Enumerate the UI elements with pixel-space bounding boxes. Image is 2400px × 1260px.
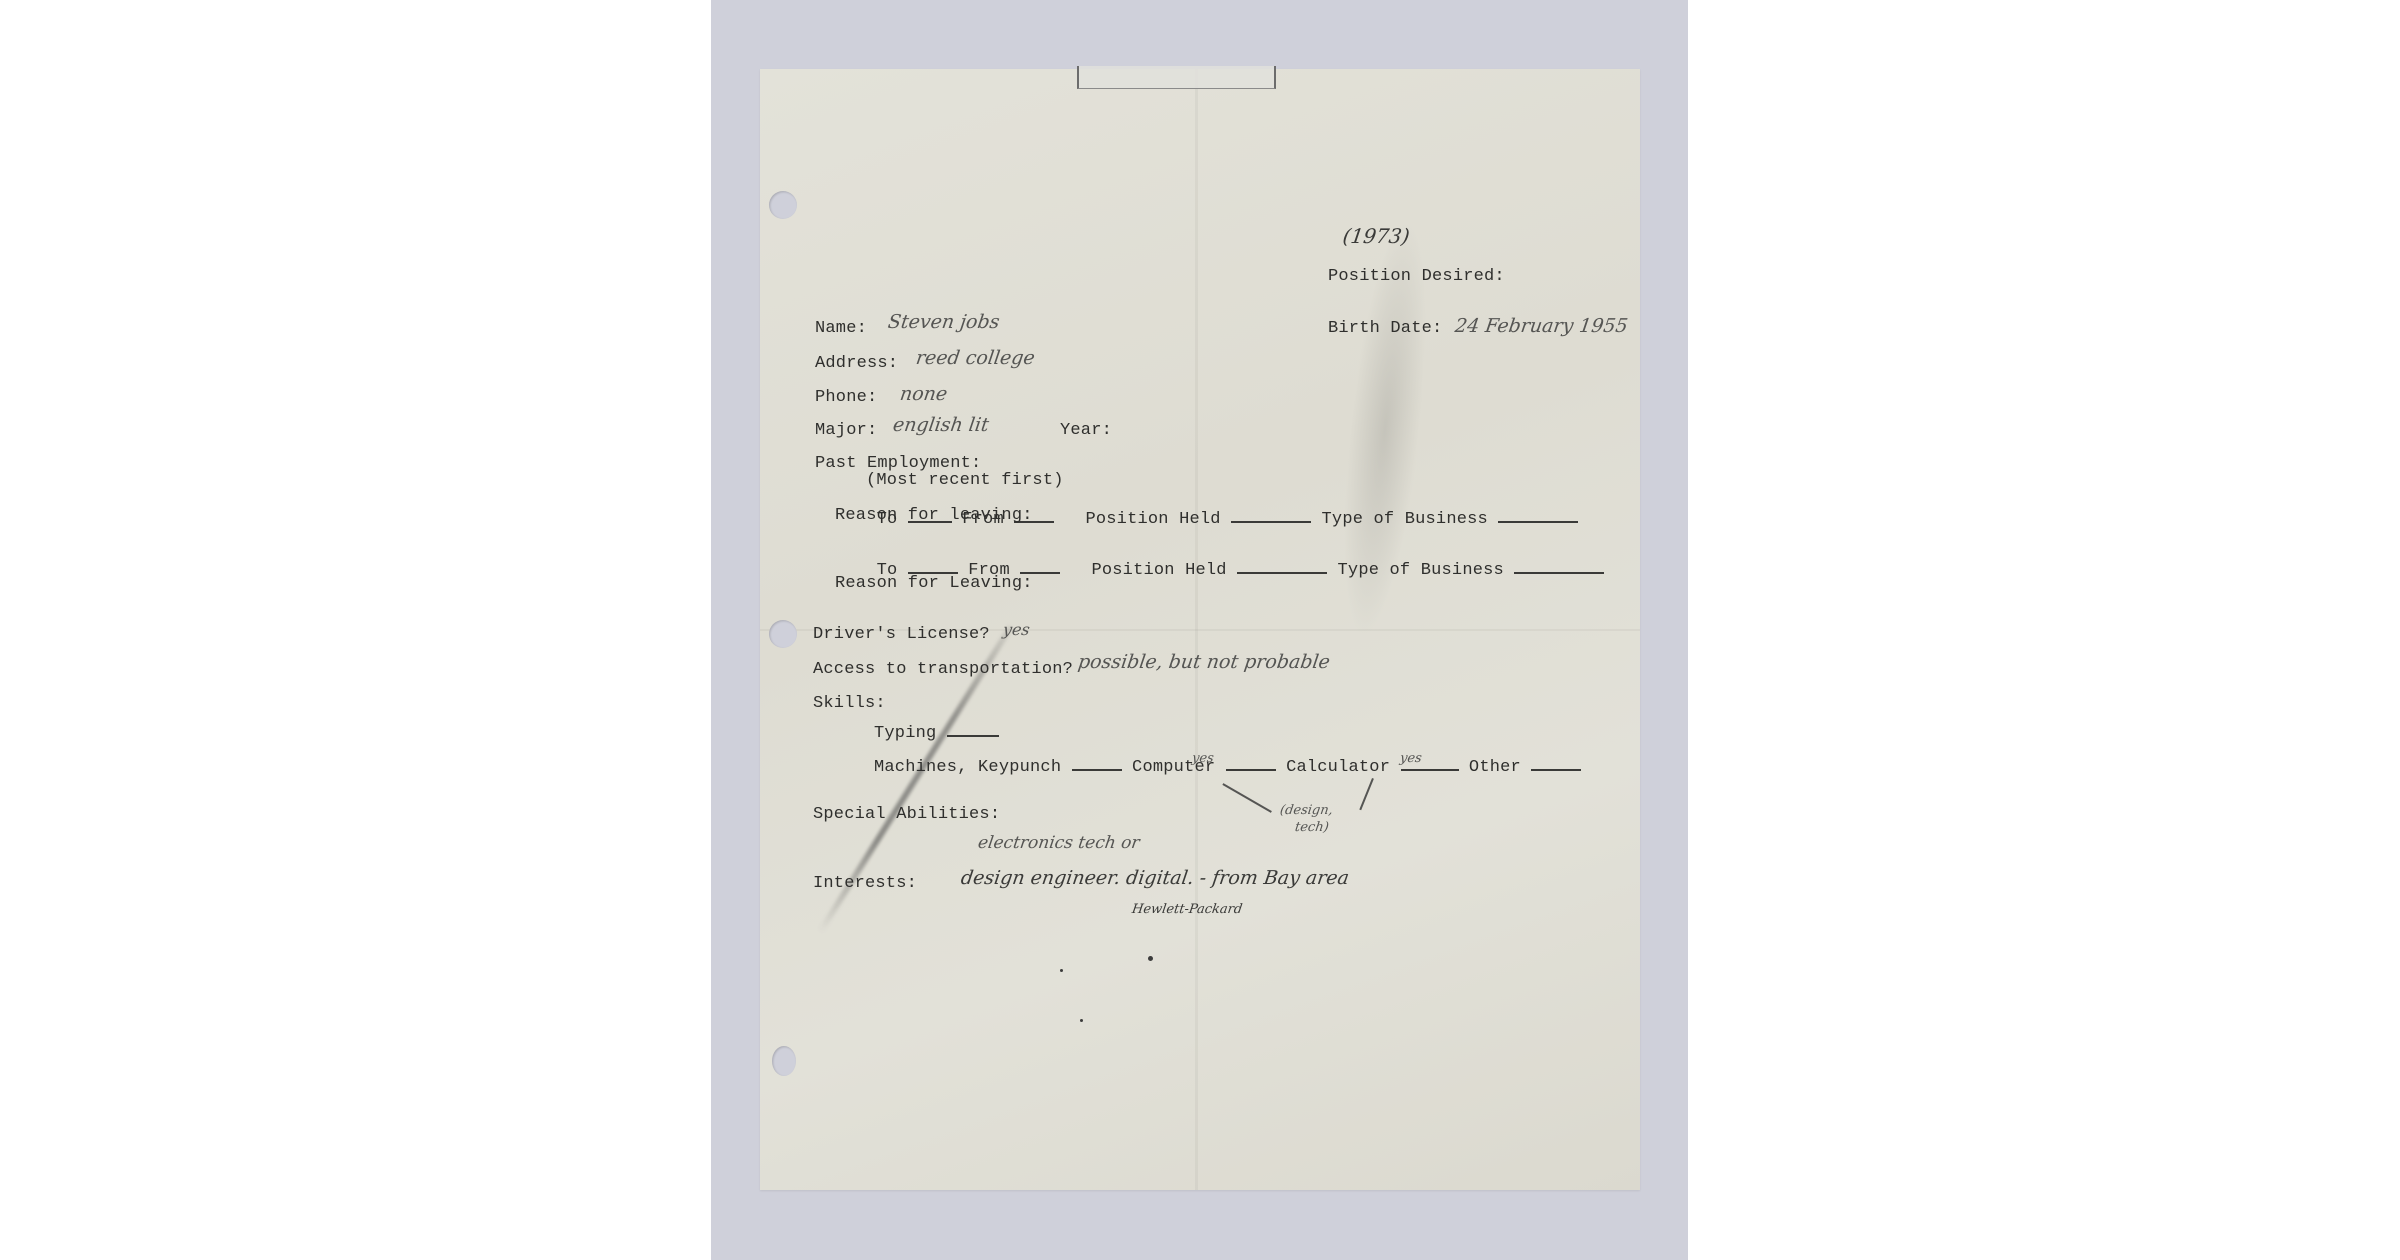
phone-value: none (899, 385, 949, 404)
annotation-arrow (1359, 778, 1373, 810)
transportation-label: Access to transportation? (813, 661, 1073, 678)
typing-label: Typing (874, 724, 936, 743)
to-field[interactable] (908, 558, 958, 574)
birth-date-value: 24 February 1955 (1454, 317, 1629, 336)
position-held-field[interactable] (1231, 507, 1311, 523)
ink-dot (1148, 956, 1153, 961)
skills-annotation-line-2: tech) (1294, 821, 1329, 834)
keypunch-field[interactable] (1072, 755, 1122, 771)
application-form-paper: (1973) Position Desired: Birth Date: 24 … (760, 69, 1640, 1190)
typing-field[interactable] (947, 721, 999, 737)
reason-for-leaving-label: Reason for leaving: (835, 507, 1033, 524)
name-value: Steven jobs (887, 313, 1001, 332)
machines-row: Machines, Keypunch Computer Calculator O… (874, 755, 1581, 776)
birth-date-label: Birth Date: (1328, 320, 1442, 337)
tape-strip (1077, 66, 1276, 89)
punch-hole (769, 191, 797, 219)
ink-dot (1080, 1019, 1083, 1022)
year-label: Year: (1060, 422, 1112, 439)
name-label: Name: (815, 320, 867, 337)
type-of-business-label: Type of Business (1322, 510, 1488, 529)
computer-field[interactable] (1226, 755, 1276, 771)
other-field[interactable] (1531, 755, 1581, 771)
address-value: reed college (915, 349, 1036, 368)
position-desired-label: Position Desired: (1328, 268, 1505, 285)
past-employment-label: Past Employment: (815, 455, 981, 472)
type-of-business-field[interactable] (1498, 507, 1578, 523)
other-label: Other (1469, 758, 1521, 777)
punch-hole (772, 1046, 796, 1076)
typing-row: Typing (874, 721, 999, 742)
position-held-label: Position Held (1085, 510, 1220, 529)
special-abilities-value: electronics tech or (977, 835, 1141, 852)
major-value: english lit (892, 416, 990, 435)
drivers-license-value: yes (1002, 622, 1031, 638)
major-label: Major: (815, 422, 877, 439)
skills-label: Skills: (813, 695, 886, 712)
annotation-arrow (1223, 783, 1272, 812)
type-of-business-field[interactable] (1514, 558, 1604, 574)
reason-for-leaving-label-2: Reason for Leaving: (835, 575, 1033, 592)
interests-label: Interests: (813, 875, 917, 892)
special-abilities-label: Special Abilities: (813, 806, 1000, 823)
computer-value: yes (1191, 752, 1215, 765)
transportation-value: possible, but not probable (1077, 653, 1331, 672)
punch-hole (769, 620, 797, 648)
calculator-label: Calculator (1286, 758, 1390, 777)
year-note: (1973) (1342, 226, 1411, 246)
position-held-field[interactable] (1237, 558, 1327, 574)
interests-value: design engineer. digital. - from Bay are… (960, 869, 1351, 888)
ink-dot (1060, 969, 1063, 972)
past-employment-sublabel: (Most recent first) (866, 472, 1064, 489)
from-field[interactable] (1020, 558, 1060, 574)
type-of-business-label: Type of Business (1338, 561, 1504, 580)
phone-label: Phone: (815, 389, 877, 406)
drivers-license-label: Driver's License? (813, 626, 990, 643)
interests-note: Hewlett-Packard (1131, 903, 1243, 916)
address-label: Address: (815, 355, 898, 372)
skills-annotation-line-1: (design, (1279, 804, 1334, 817)
calculator-value: yes (1399, 752, 1423, 765)
position-held-label: Position Held (1091, 561, 1226, 580)
keypunch-label: Machines, Keypunch (874, 758, 1061, 777)
